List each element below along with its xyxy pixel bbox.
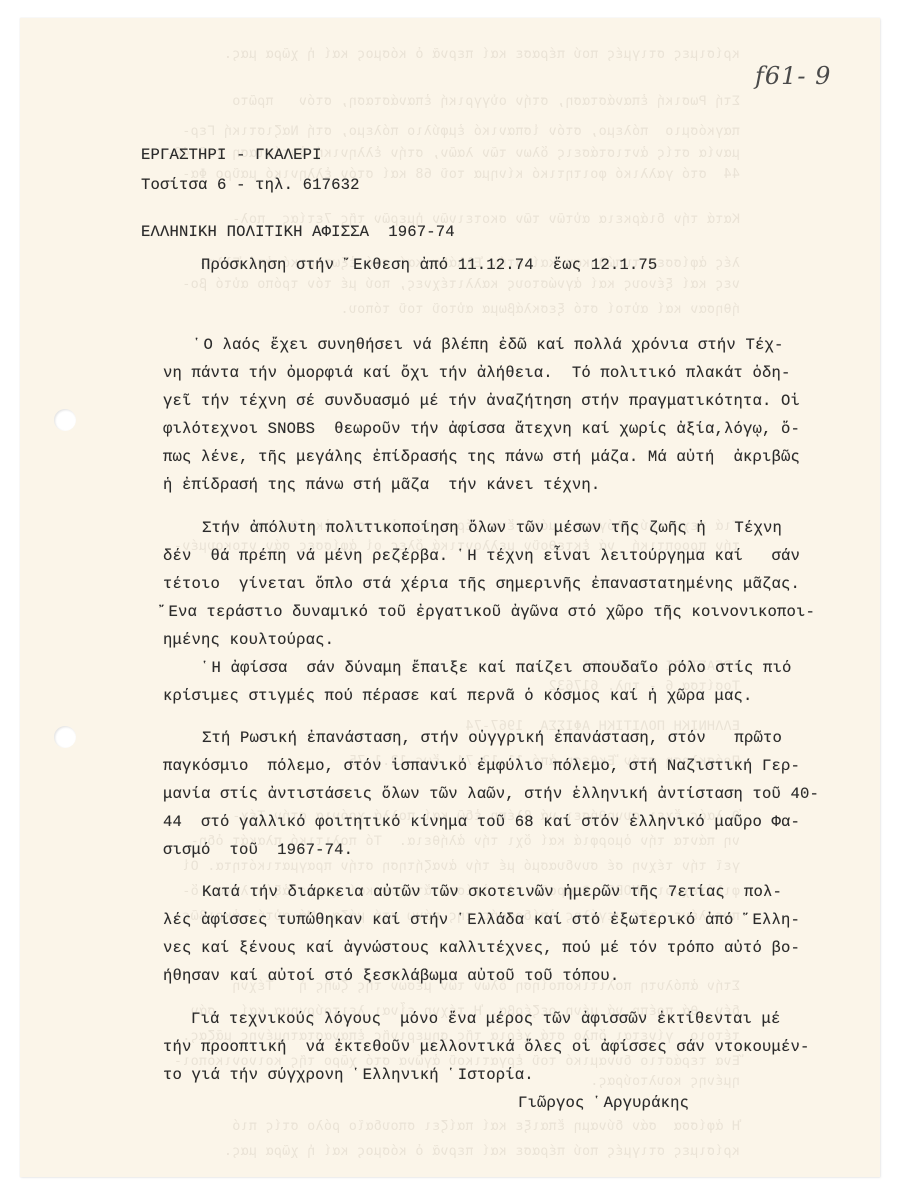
handwritten-archive-number: f61- 9 [755,62,831,90]
text-line: ημένης κουλτούρας. [163,633,334,649]
punch-hole-bottom [54,726,76,748]
text-line: ῾Ο λαός ἔχει συνηθήσει νά βλέπη ἐδῶ καί … [194,338,783,354]
punch-hole-top [54,409,76,431]
document-page: κρίσιμες στιγμές πού πέρασε καί περνᾶ ὁ … [20,18,880,1177]
text-line: τέτοιο γίνεται ὅπλο στά χέρια τῆς σημερι… [163,577,800,593]
text-line: πως λένε, τῆς μεγάλης ἐπίδρασής της πάνω… [163,450,800,466]
text-line: σισμό τοῦ 1967-74. [163,843,353,859]
text-line: δέν θά πρέπη νά μένη ρεζέρβα. ῾Η τέχνη ε… [163,549,800,565]
text-line: ῾Η ἀφίσσα σάν δύναμη ἔπαιξε καί παίζει σ… [202,661,791,677]
text-line: τήν προοπτική νά ἐκτεθοῦν μελλοντικά ὅλε… [163,1040,810,1056]
text-line: 44 στό γαλλικό φοιτητικό κίνημα τοῦ 68 κ… [163,815,800,831]
text-line: παγκόσμιο πόλεμο, στόν ἱσπανικό ἐμφύλιο … [163,759,800,775]
text-line: το γιά τήν σύγχρονη ῾Ελληνική ῾Ιστορία. [163,1068,534,1084]
text-line: κρίσιμες στιγμές πού πέρασε καί περνᾶ ὁ … [163,689,752,705]
invitation-line: Πρόσκληση στήν ῎Εκθεση ἀπό 11.12.74 ἕως … [201,258,657,274]
text-line: Κατά τήν διάρκεια αὐτῶν τῶν σκοτεινῶν ἡμ… [202,885,782,901]
text-line: ῎Ενα τεράστιο δυναμικό τοῦ ἐργατικοῦ ἀγῶ… [159,605,815,621]
org-name: ΕΡΓΑΣΤΗΡΙ - ΓΚΑΛΕΡΙ [141,148,322,164]
text-line: Στήν ἀπόλυτη πολιτικοποίηση ὅλων τῶν μέσ… [202,521,782,537]
text-line: γεῖ τήν τέχνη σέ συνδυασμό μέ τήν ἀναζήτ… [163,394,800,410]
text-line: νες καί ξένους καί ἀγνώστους καλλιτέχνες… [163,941,800,957]
text-line: φιλότεχνοι SNOBS θεωροῦν τήν ἀφίσσα ἄτεχ… [163,422,800,438]
document-title: ΕΛΛΗΝΙΚΗ ΠΟΛΙΤΙΚΗ ΑΦΙΣΣΑ 1967-74 [141,225,455,241]
text-line: Στή Ρωσική ἐπανάσταση, στήν οὑγγρική ἐπα… [202,731,782,747]
org-address: Τοσίτσα 6 - τηλ. 617632 [141,178,360,194]
text-line: νη πάντα τήν ὀμορφιά καί ὄχι τήν ἀλήθεια… [163,366,791,382]
signature: Γιῶργος ῾Αργυράκης [518,1096,689,1112]
text-line: ἡ ἐπίδρασή της πάνω στή μᾶζα τήν κάνει τ… [163,478,600,494]
text-line: ήθησαν καί αὐτοί στό ξεσκλάβωμα αὐτοῦ το… [163,969,619,985]
text-line: λές ἀφίσσες τυπώθηκαν καί στήν ῾Ελλάδα κ… [163,913,800,929]
text-line: Γιά τεχνικούς λόγους μόνο ἕνα μέρος τῶν … [191,1012,780,1028]
text-line: μανία στίς ἀντιστάσεις ὅλων τῶν λαῶν, στ… [163,787,819,803]
